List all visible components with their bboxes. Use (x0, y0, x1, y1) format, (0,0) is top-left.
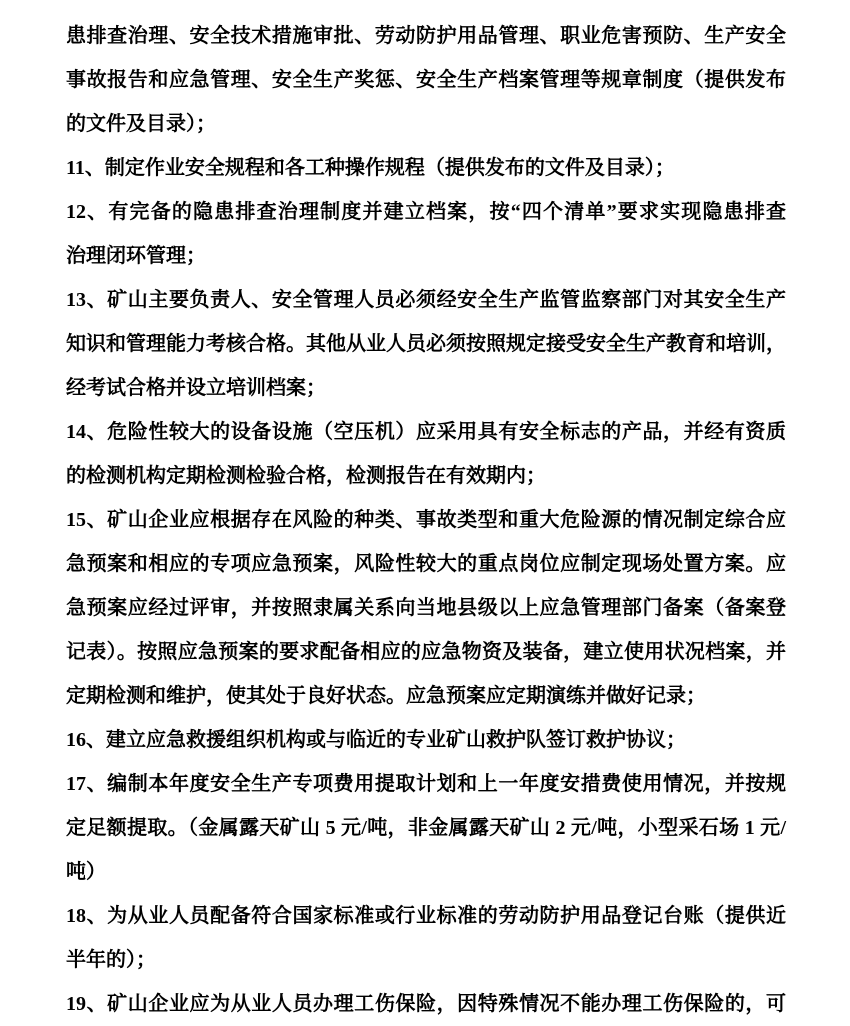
document-line: 治理闭环管理； (66, 234, 786, 278)
document-line: 15、矿山企业应根据存在风险的种类、事故类型和重大危险源的情况制定综合应 (66, 498, 786, 542)
document-line: 知识和管理能力考核合格。其他从业人员必须按照规定接受安全生产教育和培训， (66, 322, 786, 366)
document-line: 13、矿山主要负责人、安全管理人员必须经安全生产监管监察部门对其安全生产 (66, 278, 786, 322)
document-line: 定足额提取。（金属露天矿山 5 元/吨，非金属露天矿山 2 元/吨，小型采石场 … (66, 806, 786, 850)
document-line: 的文件及目录）； (66, 102, 786, 146)
document-line: 17、编制本年度安全生产专项费用提取计划和上一年度安措费使用情况，并按规 (66, 762, 786, 806)
document-page: 患排查治理、安全技术措施审批、劳动防护用品管理、职业危害预防、生产安全事故报告和… (0, 0, 850, 1026)
text-block: 患排查治理、安全技术措施审批、劳动防护用品管理、职业危害预防、生产安全事故报告和… (66, 14, 786, 1026)
document-line: 吨） (66, 850, 786, 894)
paragraph-12: 12、有完备的隐患排查治理制度并建立档案，按“四个清单”要求实现隐患排查治理闭环… (66, 190, 786, 278)
document-line: 11、制定作业安全规程和各工种操作规程（提供发布的文件及目录）； (66, 146, 786, 190)
document-line: 的检测机构定期检测检验合格，检测报告在有效期内； (66, 454, 786, 498)
document-line: 半年的）； (66, 938, 786, 982)
paragraph-14: 14、危险性较大的设备设施（空压机）应采用具有安全标志的产品，并经有资质的检测机… (66, 410, 786, 498)
document-line: 记表）。按照应急预案的要求配备相应的应急物资及装备，建立使用状况档案，并 (66, 630, 786, 674)
document-line: 急预案和相应的专项应急预案，风险性较大的重点岗位应制定现场处置方案。应 (66, 542, 786, 586)
paragraph-16: 16、建立应急救援组织机构或与临近的专业矿山救护队签订救护协议； (66, 718, 786, 762)
paragraph-17: 17、编制本年度安全生产专项费用提取计划和上一年度安措费使用情况，并按规定足额提… (66, 762, 786, 894)
document-line: 18、为从业人员配备符合国家标准或行业标准的劳动防护用品登记台账（提供近 (66, 894, 786, 938)
document-line: 定期检测和维护，使其处于良好状态。应急预案应定期演练并做好记录； (66, 674, 786, 718)
paragraph-continuation: 患排查治理、安全技术措施审批、劳动防护用品管理、职业危害预防、生产安全事故报告和… (66, 14, 786, 146)
document-line: 事故报告和应急管理、安全生产奖惩、安全生产档案管理等规章制度（提供发布 (66, 58, 786, 102)
paragraph-11: 11、制定作业安全规程和各工种操作规程（提供发布的文件及目录）； (66, 146, 786, 190)
document-line: 急预案应经过评审，并按照隶属关系向当地县级以上应急管理部门备案（备案登 (66, 586, 786, 630)
paragraph-19: 19、矿山企业应为从业人员办理工伤保险，因特殊情况不能办理工伤保险的，可 (66, 982, 786, 1026)
document-line: 经考试合格并设立培训档案； (66, 366, 786, 410)
document-line: 14、危险性较大的设备设施（空压机）应采用具有安全标志的产品，并经有资质 (66, 410, 786, 454)
document-line: 患排查治理、安全技术措施审批、劳动防护用品管理、职业危害预防、生产安全 (66, 14, 786, 58)
document-line: 12、有完备的隐患排查治理制度并建立档案，按“四个清单”要求实现隐患排查 (66, 190, 786, 234)
document-line: 19、矿山企业应为从业人员办理工伤保险，因特殊情况不能办理工伤保险的，可 (66, 982, 786, 1026)
paragraph-18: 18、为从业人员配备符合国家标准或行业标准的劳动防护用品登记台账（提供近半年的）… (66, 894, 786, 982)
paragraph-13: 13、矿山主要负责人、安全管理人员必须经安全生产监管监察部门对其安全生产知识和管… (66, 278, 786, 410)
paragraph-15: 15、矿山企业应根据存在风险的种类、事故类型和重大危险源的情况制定综合应急预案和… (66, 498, 786, 718)
document-line: 16、建立应急救援组织机构或与临近的专业矿山救护队签订救护协议； (66, 718, 786, 762)
